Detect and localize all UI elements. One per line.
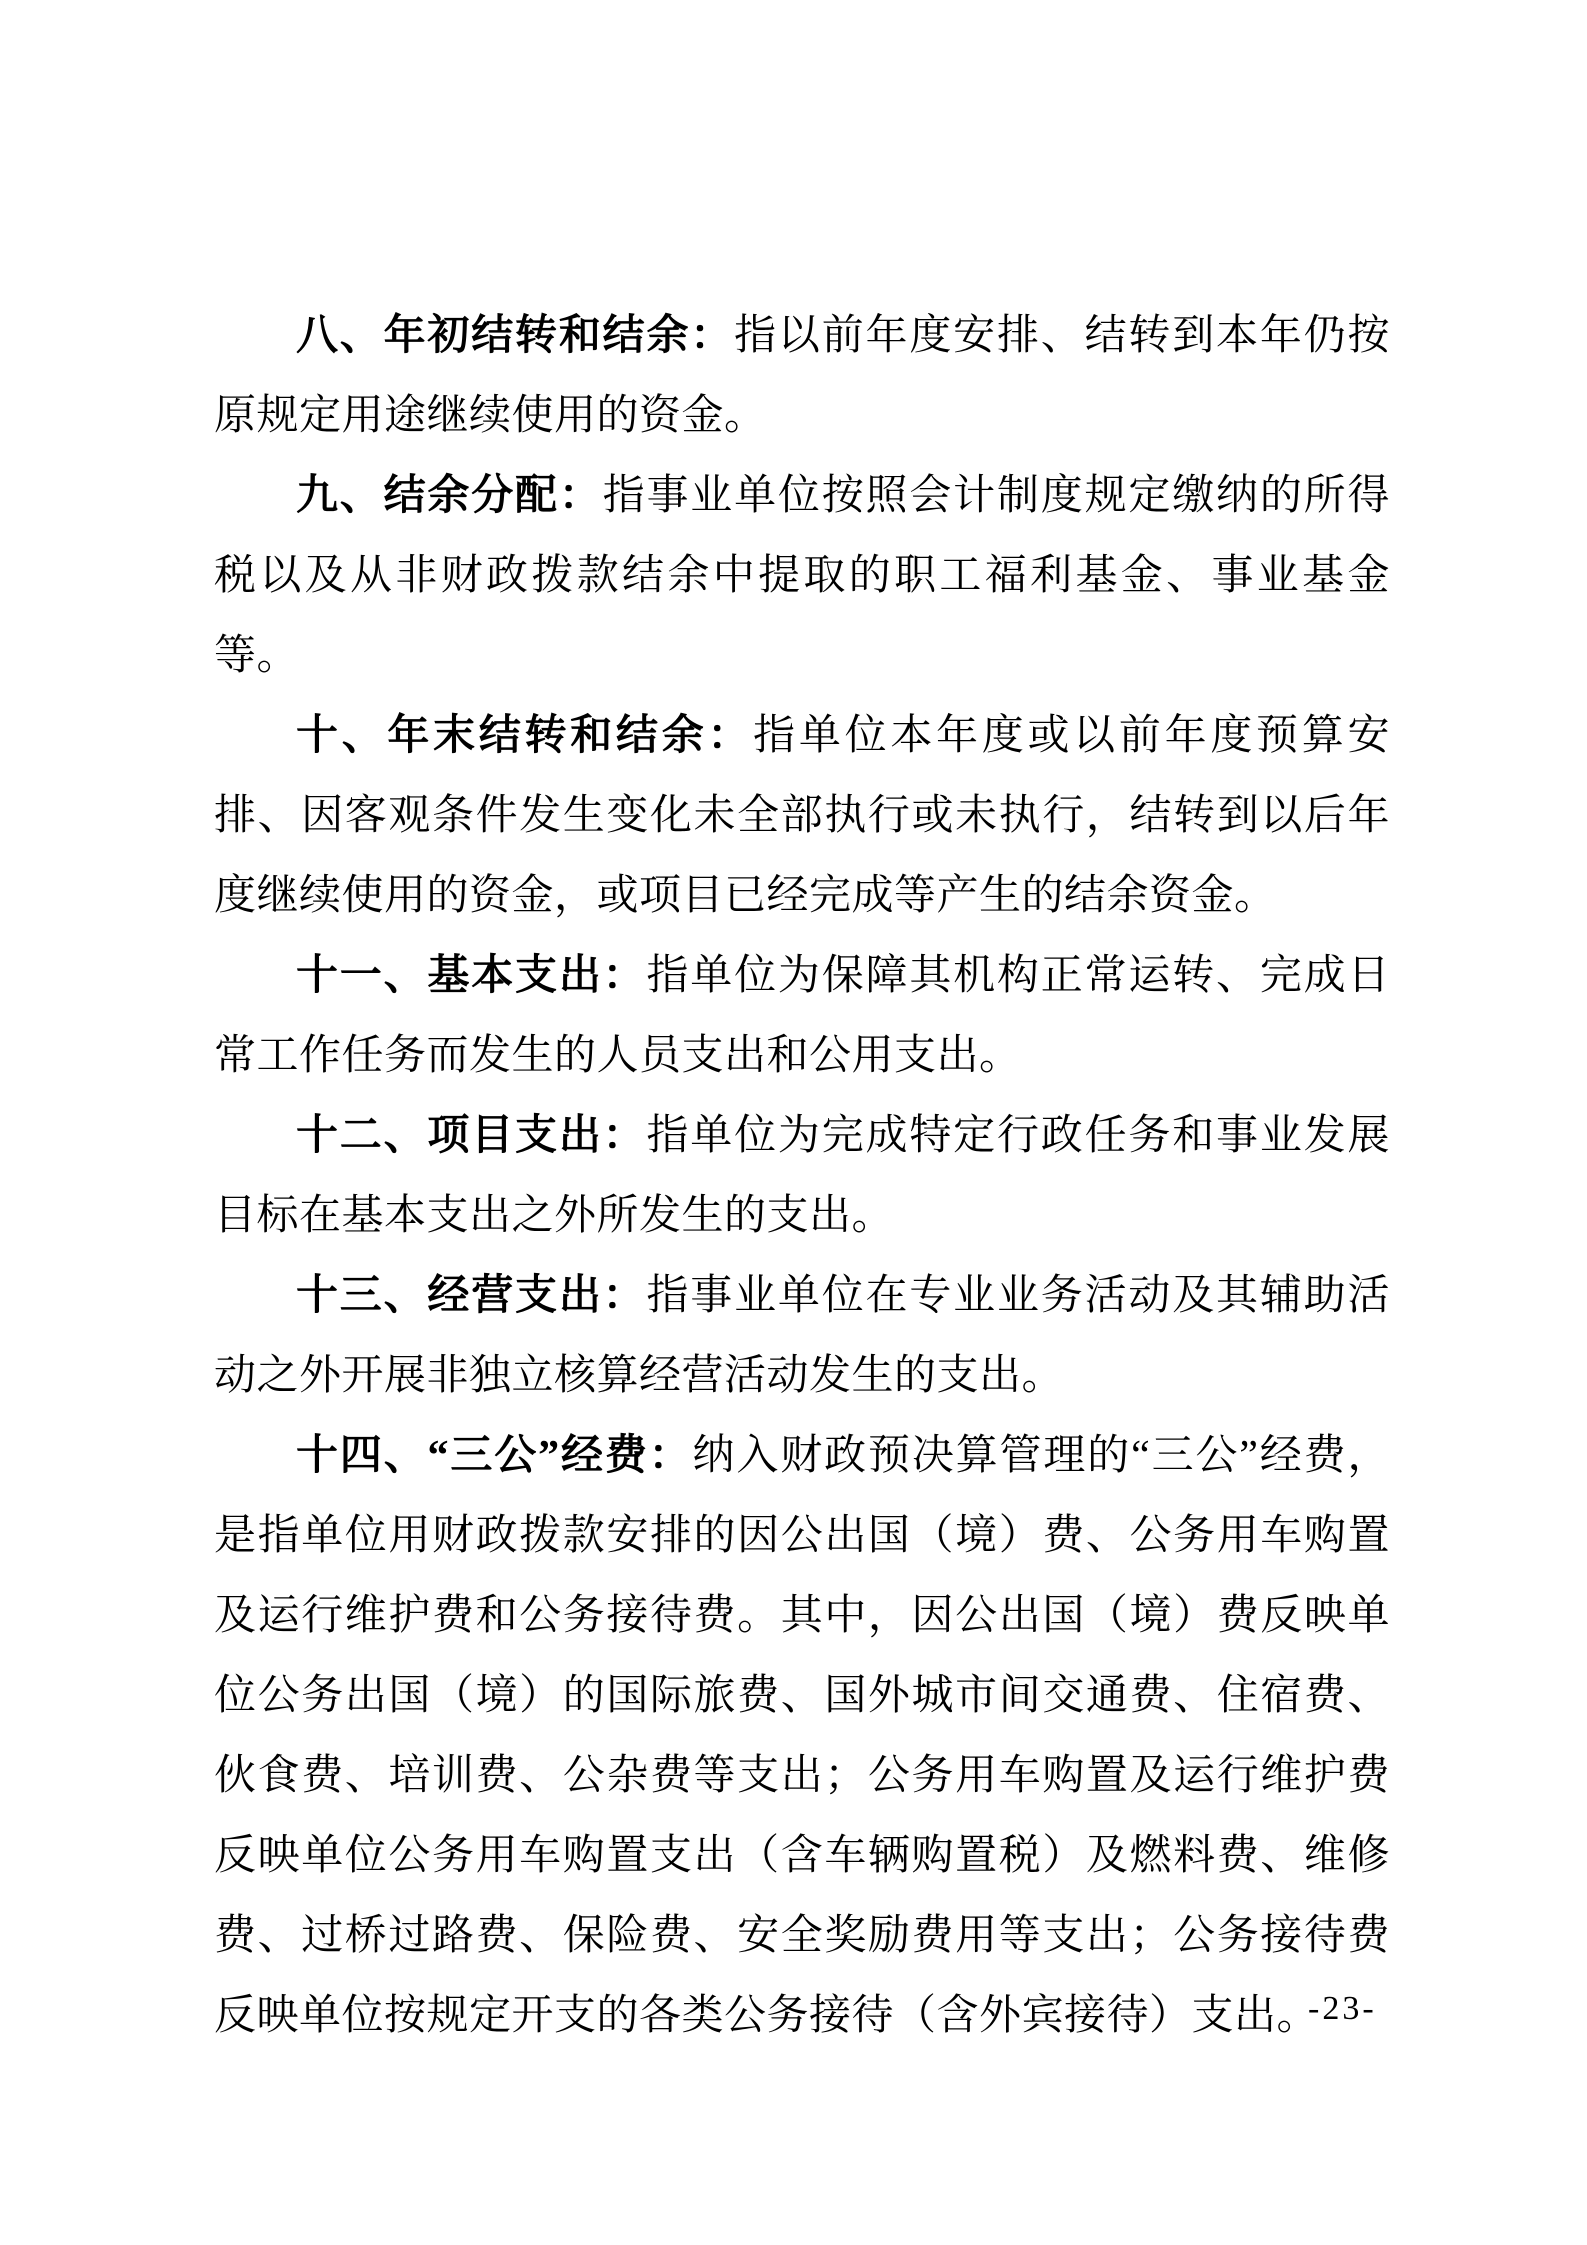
page-number: -23-	[1308, 1990, 1377, 2028]
paragraph-item-9-label: 九、结余分配：	[296, 473, 603, 519]
paragraph-item-14-text: 纳入财政预决算管理的“三公”经费，是指单位用财政拨款安排的因公出国（境）费、公务…	[214, 1433, 1390, 2039]
paragraph-item-11-label: 十一、基本支出：	[296, 953, 647, 999]
paragraph-item-8-label: 八、年初结转和结余：	[296, 313, 734, 359]
paragraph-item-13-label: 十三、经营支出：	[296, 1273, 647, 1319]
paragraph-item-12-label: 十二、项目支出：	[296, 1113, 647, 1159]
paragraph-item-8: 八、年初结转和结余：指以前年度安排、结转到本年仍按原规定用途继续使用的资金。	[214, 296, 1390, 456]
paragraph-item-10-label: 十、年末结转和结余：	[296, 713, 753, 759]
budget-terms-definitions: 八、年初结转和结余：指以前年度安排、结转到本年仍按原规定用途继续使用的资金。 九…	[214, 296, 1390, 2056]
paragraph-item-13: 十三、经营支出：指事业单位在专业业务活动及其辅助活动之外开展非独立核算经营活动发…	[214, 1256, 1390, 1416]
paragraph-item-11: 十一、基本支出：指单位为保障其机构正常运转、完成日常工作任务而发生的人员支出和公…	[214, 936, 1390, 1096]
paragraph-item-10: 十、年末结转和结余：指单位本年度或以前年度预算安排、因客观条件发生变化未全部执行…	[214, 696, 1390, 936]
paragraph-item-12: 十二、项目支出：指单位为完成特定行政任务和事业发展目标在基本支出之外所发生的支出…	[214, 1096, 1390, 1256]
paragraph-item-14: 十四、“三公”经费：纳入财政预决算管理的“三公”经费，是指单位用财政拨款安排的因…	[214, 1416, 1390, 2056]
paragraph-item-14-label: 十四、“三公”经费：	[296, 1433, 693, 1479]
paragraph-item-9: 九、结余分配：指事业单位按照会计制度规定缴纳的所得税以及从非财政拨款结余中提取的…	[214, 456, 1390, 696]
document-page: 八、年初结转和结余：指以前年度安排、结转到本年仍按原规定用途继续使用的资金。 九…	[0, 0, 1587, 2245]
